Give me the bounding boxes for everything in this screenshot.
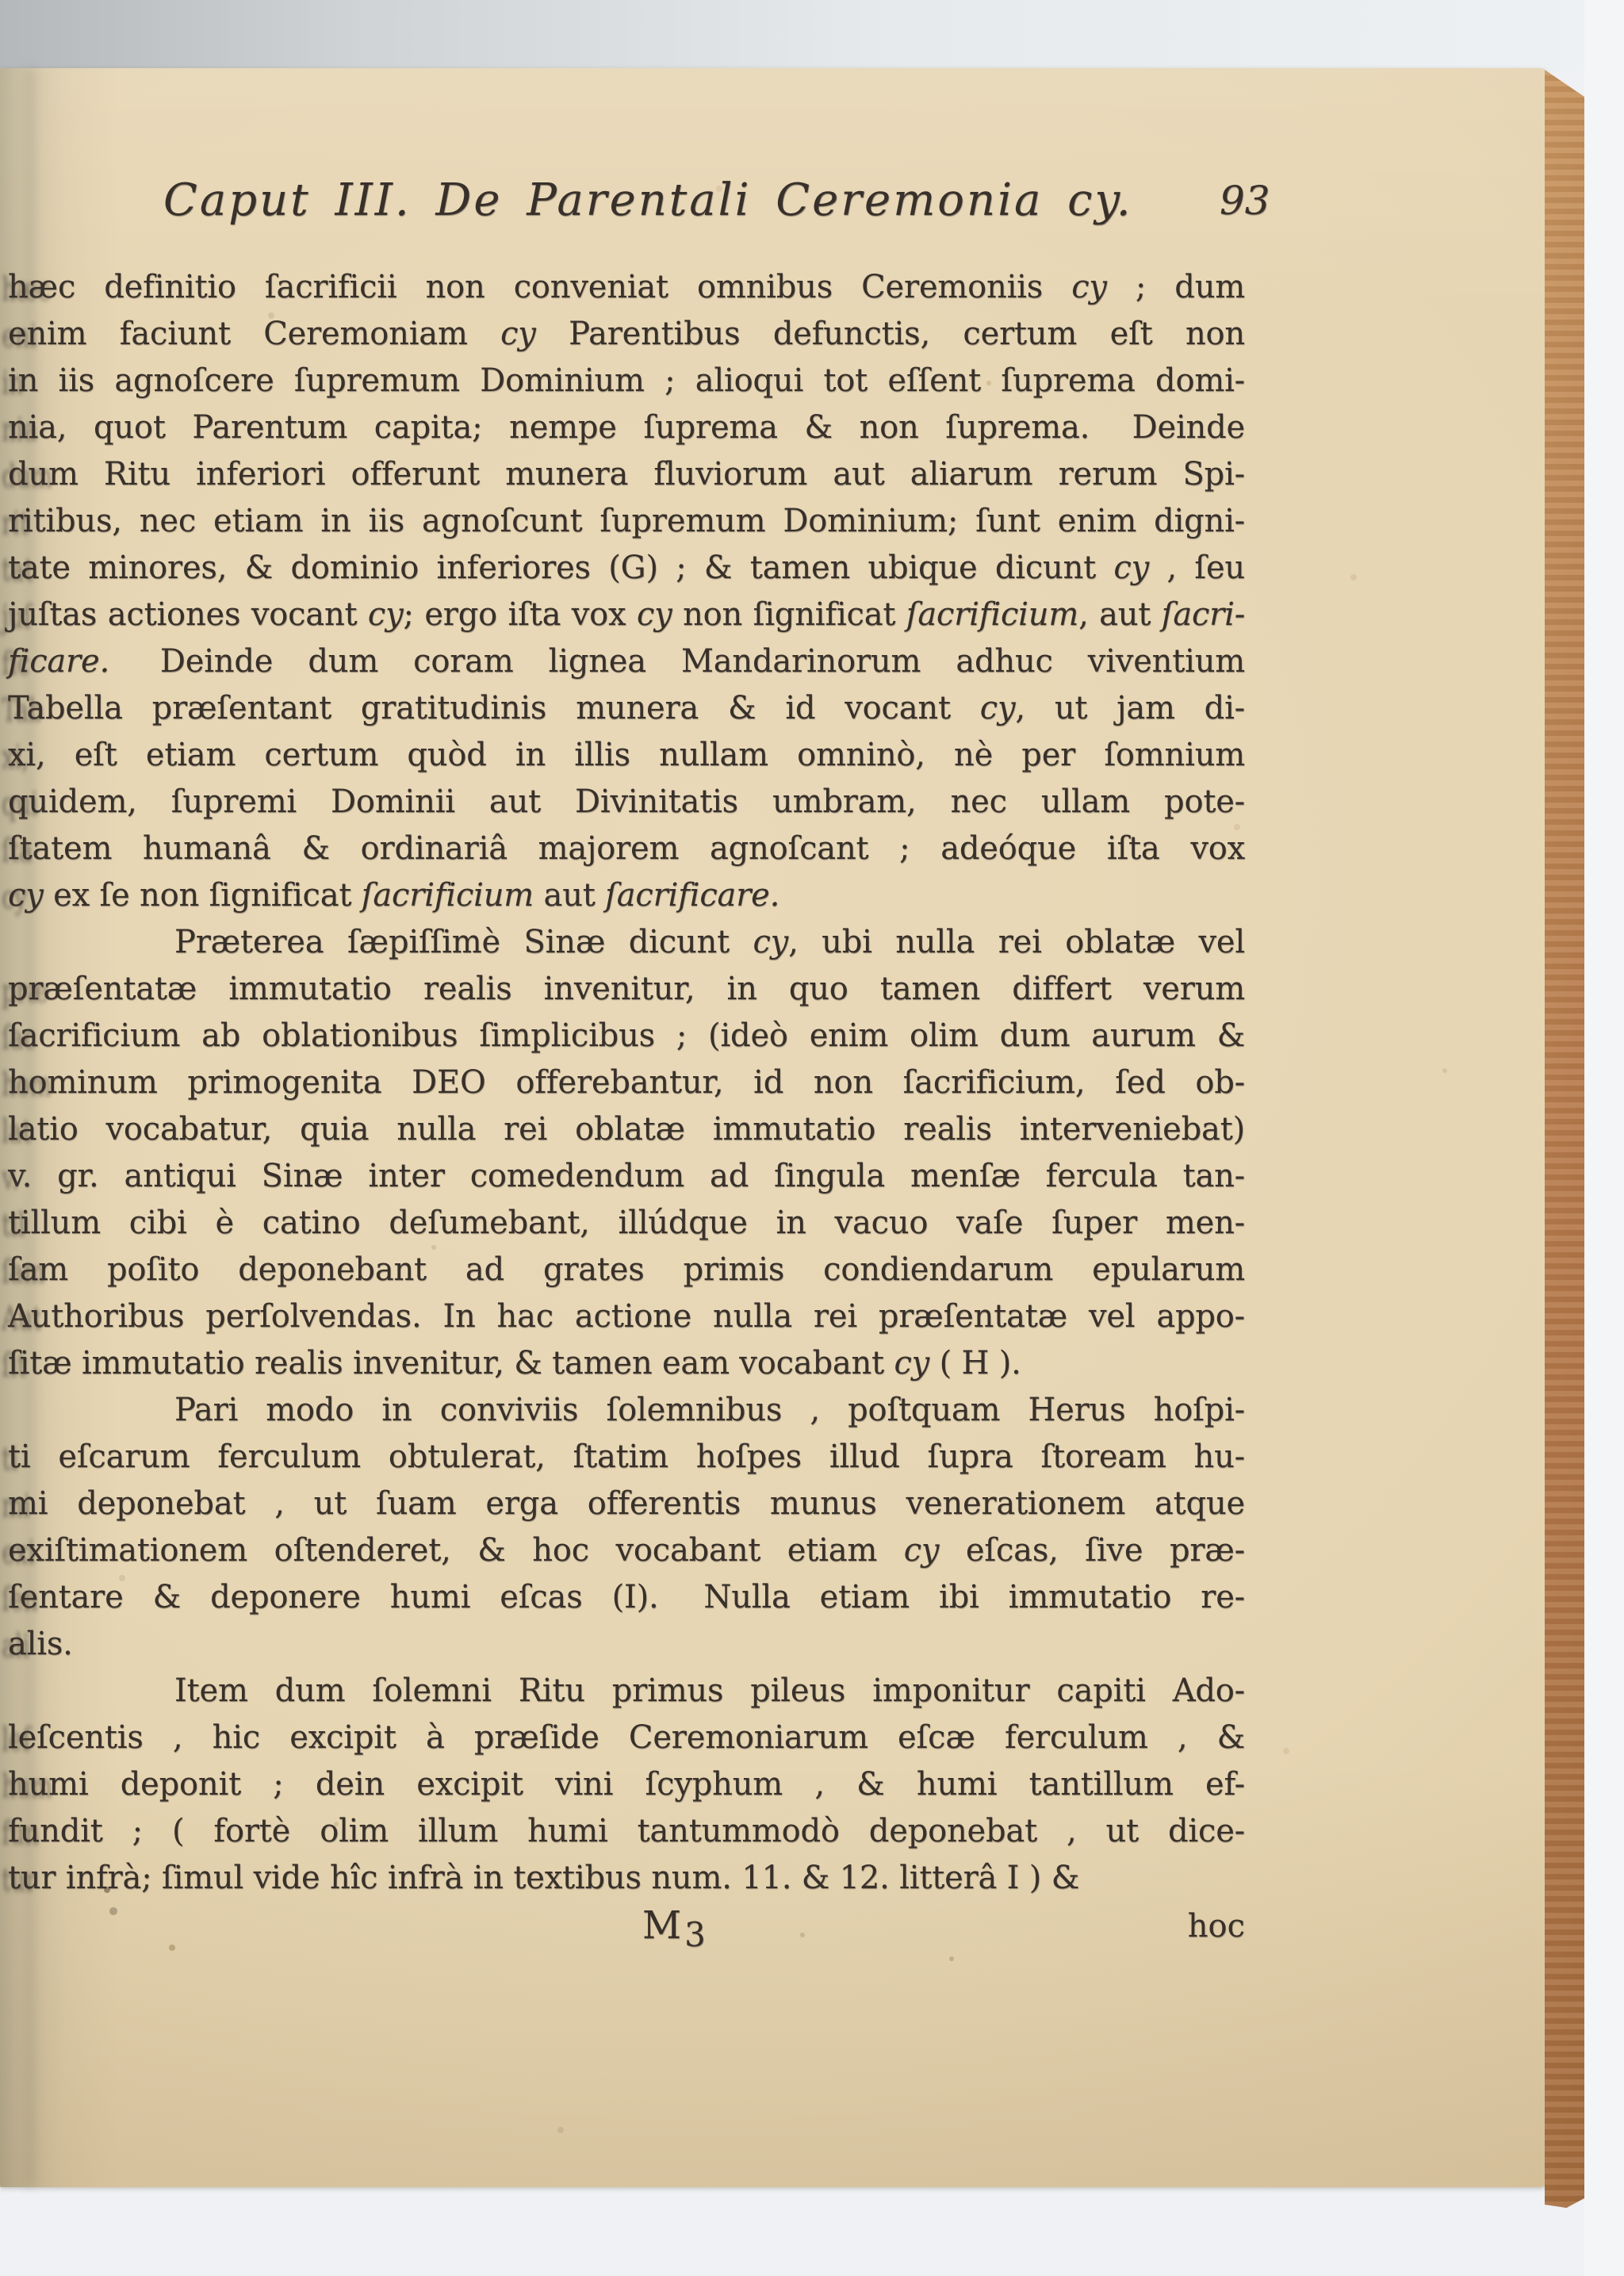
- text-line: humhumi deponit ; dein excipit vini ſcyp…: [8, 1761, 1245, 1808]
- text-segment: ex ſe non ſignificat: [44, 877, 362, 914]
- text-line: enienim faciunt Ceremoniam cy Parentibus…: [8, 311, 1245, 358]
- text-segment: non ſignificat: [672, 596, 906, 633]
- text-segment: latio vocabatur, quia nulla rei oblatæ i…: [8, 1111, 1245, 1148]
- text-segment: cy: [8, 877, 44, 914]
- signature-mark: M3: [642, 1903, 703, 1948]
- text-segment: ſentare & deponere humi eſcas (I). Nulla…: [8, 1579, 1245, 1615]
- text-segment: Parentibus defunctis, certum eſt non: [536, 316, 1245, 352]
- text-segment: tur infrà; ſimul vide hîc infrà in texti…: [8, 1860, 1079, 1896]
- text-segment: ſacri-: [1162, 596, 1245, 633]
- text-segment: fundit ; ( fortè olim illum humi tantumm…: [8, 1813, 1245, 1849]
- paragraph: hæchæc definitio ſacrificii non convenia…: [8, 264, 1245, 919]
- book-page: Caput III. De Parentali Ceremonia cy. 93…: [0, 68, 1548, 2187]
- text-segment: hominum primogenita DEO offerebantur, id…: [8, 1064, 1245, 1101]
- text-segment: dum Ritu inferiori offerunt munera fluvi…: [8, 456, 1245, 492]
- page-number: 93: [1220, 178, 1270, 224]
- text-segment: cy: [904, 1532, 940, 1569]
- text-segment: v. gr. antiqui Sinæ inter comedendum ad …: [8, 1158, 1245, 1194]
- text-segment: ſitæ immutatio realis invenitur, & tamen…: [8, 1345, 894, 1381]
- text-line: AutAuthoribus perſolvendas. In hac actio…: [8, 1293, 1245, 1340]
- text-segment: cy: [368, 596, 404, 633]
- text-segment: cy: [980, 690, 1016, 726]
- text-segment: cy: [637, 596, 672, 633]
- text-line: Præterea ſæpiſſimè Sinæ dicunt cy, ubi n…: [8, 919, 1245, 966]
- text-segment: Tabella præſentant gratitudinis munera &…: [8, 690, 980, 726]
- text-segment: alis.: [8, 1626, 73, 1662]
- text-segment: juſtas actiones vocant: [8, 596, 368, 633]
- scanner-background: [1584, 0, 1624, 2276]
- text-line: exiexiſtimationem oſtenderet, & hoc voca…: [8, 1527, 1245, 1574]
- text-segment: quidem, ſupremi Dominii aut Divinitatis …: [8, 784, 1245, 820]
- text-segment: enim faciunt Ceremoniam: [8, 316, 500, 352]
- text-line: in in iis agnoſcere ſupremum Dominium ; …: [8, 358, 1245, 404]
- footer-line: M3 hoc: [8, 1903, 1245, 1959]
- text-segment: leſcentis , hic excipit à præſide Ceremo…: [8, 1719, 1245, 1756]
- text-line: leſleſcentis , hic excipit à præſide Cer…: [8, 1715, 1245, 1761]
- catchword: hoc: [1188, 1908, 1245, 1945]
- text-segment: ti eſcarum ferculum obtulerat, ſtatim ho…: [8, 1439, 1245, 1475]
- text-line: TabTabella præſentant gratitudinis muner…: [8, 685, 1245, 732]
- text-segment: ſacrificare.: [605, 877, 779, 914]
- text-line: ſtaſtatem humanâ & ordinariâ majorem agn…: [8, 826, 1245, 872]
- body-text: hæchæc definitio ſacrificii non convenia…: [8, 264, 1245, 1902]
- text-line: quiquidem, ſupremi Dominii aut Divinitat…: [8, 779, 1245, 826]
- text-segment: , ubi nulla rei oblatæ vel: [788, 924, 1245, 960]
- text-line: turtur infrà; ſimul vide hîc infrà in te…: [8, 1855, 1245, 1902]
- signature-letter: M: [642, 1903, 681, 1948]
- text-segment: cy: [500, 316, 536, 352]
- text-segment: Item dum ſolemni Ritu primus pileus impo…: [174, 1673, 1245, 1709]
- text-line: niania, quot Parentum capita; nempe ſupr…: [8, 404, 1245, 451]
- text-line: funfundit ; ( fortè olim illum humi tant…: [8, 1808, 1245, 1855]
- text-segment: Præterea ſæpiſſimè Sinæ dicunt: [174, 924, 753, 960]
- text-line: ſamſam poſito deponebant ad grates primi…: [8, 1247, 1245, 1293]
- paragraph: Pari modo in conviviis ſolemnibus , poſt…: [8, 1387, 1245, 1668]
- text-line: tattate minores, & dominio inferiores (G…: [8, 545, 1245, 592]
- text-line: latlatio vocabatur, quia nulla rei oblat…: [8, 1106, 1245, 1153]
- text-line: xi,xi, eſt etiam certum quòd in illis nu…: [8, 732, 1245, 779]
- text-segment: Pari modo in conviviis ſolemnibus , poſt…: [174, 1392, 1245, 1428]
- text-segment: ritibus, nec etiam in iis agnoſcunt ſupr…: [8, 503, 1245, 539]
- text-segment: cy: [894, 1345, 929, 1381]
- text-line: ſitſitæ immutatio realis invenitur, & ta…: [8, 1340, 1245, 1387]
- text-line: Pari modo in conviviis ſolemnibus , poſt…: [8, 1387, 1245, 1434]
- text-segment: tillum cibi è catino deſumebant, illúdqu…: [8, 1205, 1245, 1241]
- text-segment: mi deponebat , ut ſuam erga offerentis m…: [8, 1485, 1245, 1522]
- text-segment: exiſtimationem oſtenderet, & hoc vocaban…: [8, 1532, 904, 1569]
- text-line: mi mi deponebat , ut ſuam erga offerenti…: [8, 1481, 1245, 1527]
- text-segment: cy: [1113, 550, 1149, 586]
- page-block-edge: [1545, 70, 1584, 2208]
- text-segment: , aut: [1078, 596, 1162, 633]
- text-segment: nia, quot Parentum capita; nempe ſuprema…: [8, 409, 1245, 446]
- text-segment: humi deponit ; dein excipit vini ſcyphum…: [8, 1766, 1245, 1803]
- text-segment: tate minores, & dominio inferiores (G) ;…: [8, 550, 1113, 586]
- text-segment: cy: [1071, 269, 1107, 305]
- page-header: Caput III. De Parentali Ceremonia cy. 93: [8, 174, 1277, 238]
- text-segment: xi, eſt etiam certum quòd in illis nulla…: [8, 737, 1245, 773]
- text-segment: Deinde dum coram lignea Mandarinorum adh…: [109, 643, 1245, 680]
- text-segment: Authoribus perſolvendas. In hac actione …: [8, 1298, 1245, 1335]
- text-segment: in iis agnoſcere ſupremum Dominium ; ali…: [8, 362, 1245, 399]
- signature-number: 3: [684, 1915, 706, 1954]
- text-line: Item dum ſolemni Ritu primus pileus impo…: [8, 1668, 1245, 1715]
- text-segment: cy: [753, 924, 788, 960]
- text-segment: ſam poſito deponebant ad grates primis c…: [8, 1251, 1245, 1288]
- text-line: ficficare. Deinde dum coram lignea Manda…: [8, 638, 1245, 685]
- text-segment: ; dum: [1107, 269, 1245, 305]
- text-line: v. v. gr. antiqui Sinæ inter comedendum …: [8, 1153, 1245, 1200]
- text-line: ſenſentare & deponere humi eſcas (I). Nu…: [8, 1574, 1245, 1621]
- text-line: hæchæc definitio ſacrificii non convenia…: [8, 264, 1245, 311]
- running-title: Caput III. De Parentali Ceremonia cy.: [163, 174, 1133, 226]
- text-segment: præſentatæ immutatio realis invenitur, i…: [8, 971, 1245, 1007]
- text-segment: aut: [534, 877, 605, 914]
- text-segment: eſcas, ſive præ-: [939, 1532, 1245, 1569]
- text-segment: ſacrificium: [362, 877, 534, 914]
- text-segment: , ut jam di-: [1015, 690, 1245, 726]
- text-segment: ſacrificium: [906, 596, 1078, 633]
- text-line: alialis.: [8, 1621, 1245, 1668]
- text-line: juſjuſtas actiones vocant cy; ergo iſta …: [8, 592, 1245, 638]
- paper-speckles: [0, 68, 3, 71]
- text-line: dumdum Ritu inferiori offerunt munera fl…: [8, 451, 1245, 498]
- scanner-top-band: [0, 0, 1624, 71]
- text-segment: ( H ).: [929, 1345, 1021, 1381]
- text-segment: ſacrificium ab oblationibus ſimplicibus …: [8, 1017, 1245, 1054]
- text-line: ti ti eſcarum ferculum obtulerat, ſtatim…: [8, 1434, 1245, 1481]
- paragraph: Præterea ſæpiſſimè Sinæ dicunt cy, ubi n…: [8, 919, 1245, 1387]
- paragraph: Item dum ſolemni Ritu primus pileus impo…: [8, 1668, 1245, 1902]
- text-segment: ; ergo iſta vox: [404, 596, 637, 633]
- text-line: homhominum primogenita DEO offerebantur,…: [8, 1059, 1245, 1106]
- text-line: ſacſacrificium ab oblationibus ſimplicib…: [8, 1013, 1245, 1059]
- text-segment: ſtatem humanâ & ordinariâ majorem agnoſc…: [8, 830, 1245, 867]
- text-line: ritritibus, nec etiam in iis agnoſcunt ſ…: [8, 498, 1245, 545]
- text-segment: ficare.: [8, 643, 109, 680]
- text-line: præpræſentatæ immutatio realis invenitur…: [8, 966, 1245, 1013]
- text-segment: , ſeu: [1149, 550, 1245, 586]
- text-line: cy cy ex ſe non ſignificat ſacrificium a…: [8, 872, 1245, 919]
- text-line: tiltillum cibi è catino deſumebant, illú…: [8, 1200, 1245, 1247]
- text-segment: hæc definitio ſacrificii non conveniat o…: [8, 269, 1071, 305]
